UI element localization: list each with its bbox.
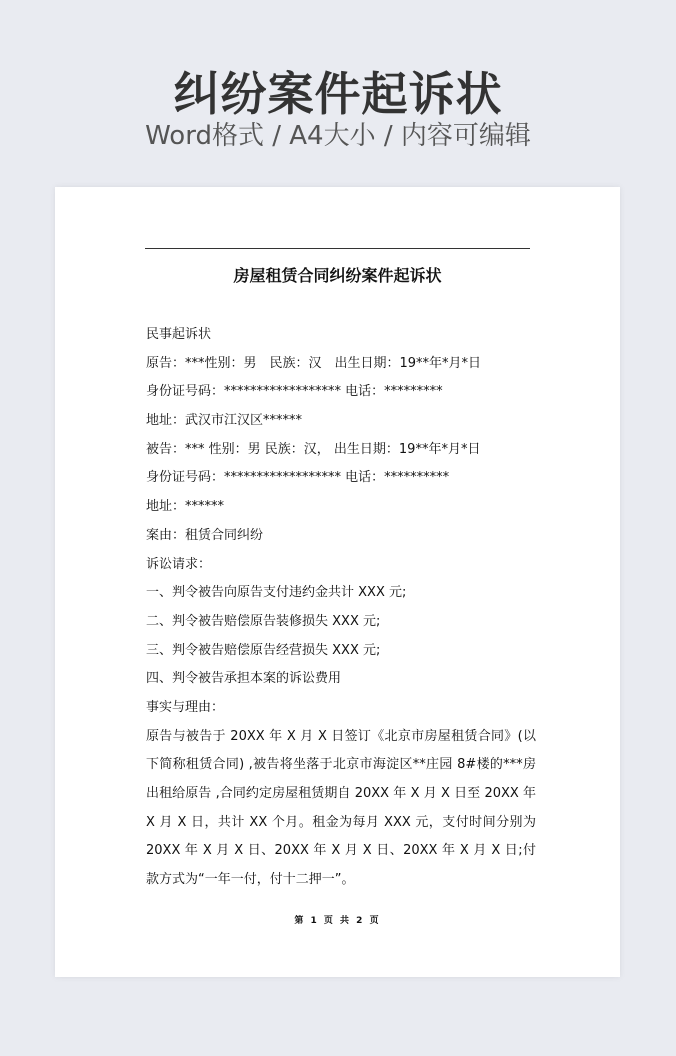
document-page: 房屋租赁合同纠纷案件起诉状 民事起诉状 原告：***性别：男 民族：汉 出生日期… [55, 187, 620, 977]
hero-subtitle: Word格式 / A4大小 / 内容可编辑 [0, 118, 676, 154]
doc-line-claim-2: 二、判令被告赔偿原告装修损失 XXX 元; [146, 608, 536, 637]
doc-line-heading: 民事起诉状 [146, 321, 536, 350]
hero-title: 纠纷案件起诉状 [0, 64, 676, 124]
doc-line-claims-heading: 诉讼请求： [146, 551, 536, 580]
doc-line-plaintiff-id: 身份证号码：****************** 电话：********* [146, 378, 536, 407]
page-number: 第 1 页 共 2 页 [55, 913, 620, 926]
doc-line-plaintiff: 原告：***性别：男 民族：汉 出生日期：19**年*月*日 [146, 350, 536, 379]
header-rule [145, 248, 530, 249]
doc-line-facts-heading: 事实与理由： [146, 694, 536, 723]
doc-line-defendant: 被告：*** 性别：男 民族：汉， 出生日期：19**年*月*日 [146, 436, 536, 465]
document-title: 房屋租赁合同纠纷案件起诉状 [55, 263, 620, 289]
doc-line-cause: 案由：租赁合同纠纷 [146, 522, 536, 551]
doc-line-defendant-address: 地址：****** [146, 493, 536, 522]
doc-line-claim-1: 一、判令被告向原告支付违约金共计 XXX 元; [146, 579, 536, 608]
doc-line-claim-3: 三、判令被告赔偿原告经营损失 XXX 元; [146, 637, 536, 666]
document-body: 民事起诉状 原告：***性别：男 民族：汉 出生日期：19**年*月*日 身份证… [146, 321, 536, 895]
doc-paragraph-facts: 原告与被告于 20XX 年 X 月 X 日签订《北京市房屋租赁合同》(以下简称租… [146, 723, 536, 895]
doc-line-plaintiff-address: 地址：武汉市江汉区****** [146, 407, 536, 436]
doc-line-defendant-id: 身份证号码：****************** 电话：********** [146, 464, 536, 493]
doc-line-claim-4: 四、判令被告承担本案的诉讼费用 [146, 665, 536, 694]
